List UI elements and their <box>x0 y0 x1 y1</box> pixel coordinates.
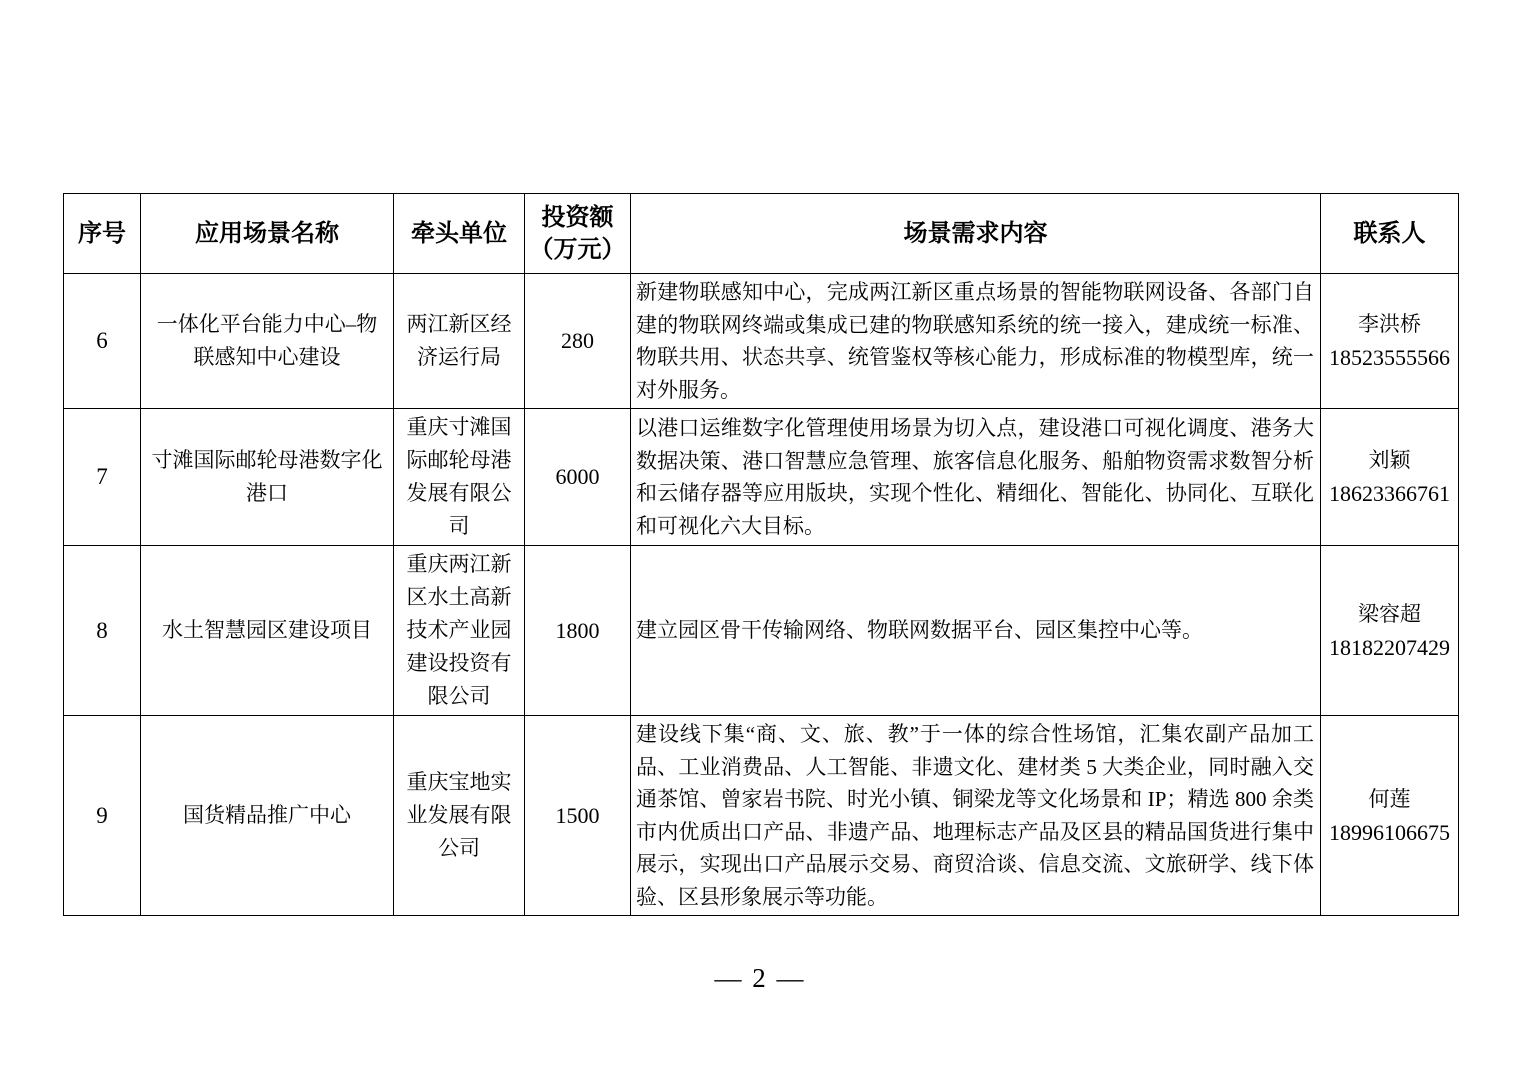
cell-investment: 1800 <box>525 546 631 716</box>
table-row-8: 8 水土智慧园区建设项目 重庆两江新区水土高新技术产业园建设投资有限公司 180… <box>64 546 1459 716</box>
table-row-7: 7 寸滩国际邮轮母港数字化港口 重庆寸滩国际邮轮母港发展有限公司 6000 以港… <box>64 409 1459 546</box>
projects-table: 序号 应用场景名称 牵头单位 投资额 （万元） 场景需求内容 联系人 6 一体化… <box>63 193 1459 916</box>
header-serial-number: 序号 <box>64 194 141 274</box>
cell-serial-number: 6 <box>64 274 141 409</box>
cell-lead-unit: 重庆寸滩国际邮轮母港发展有限公司 <box>394 409 525 546</box>
cell-scene-name: 一体化平台能力中心–物联感知中心建设 <box>141 274 394 409</box>
cell-investment: 280 <box>525 274 631 409</box>
cell-contact: 李洪桥 18523555566 <box>1321 274 1459 409</box>
cell-scene-name: 寸滩国际邮轮母港数字化港口 <box>141 409 394 546</box>
cell-serial-number: 8 <box>64 546 141 716</box>
cell-contact: 梁容超 18182207429 <box>1321 546 1459 716</box>
cell-lead-unit: 重庆宝地实业发展有限公司 <box>394 716 525 916</box>
cell-demand-content: 新建物联感知中心，完成两江新区重点场景的智能物联网设备、各部门自建的物联网终端或… <box>631 274 1321 409</box>
cell-demand-content: 建立园区骨干传输网络、物联网数据平台、园区集控中心等。 <box>631 546 1321 716</box>
contact-name: 李洪桥 <box>1321 308 1458 341</box>
contact-name: 刘颖 <box>1321 444 1458 477</box>
contact-name: 何莲 <box>1321 783 1458 816</box>
table-row-6: 6 一体化平台能力中心–物联感知中心建设 两江新区经济运行局 280 新建物联感… <box>64 274 1459 409</box>
cell-lead-unit: 两江新区经济运行局 <box>394 274 525 409</box>
cell-demand-content: 建设线下集“商、文、旅、教”于一体的综合性场馆，汇集农副产品加工品、工业消费品、… <box>631 716 1321 916</box>
cell-scene-name: 水土智慧园区建设项目 <box>141 546 394 716</box>
cell-serial-number: 7 <box>64 409 141 546</box>
cell-serial-number: 9 <box>64 716 141 916</box>
cell-investment: 6000 <box>525 409 631 546</box>
table-row-9: 9 国货精品推广中心 重庆宝地实业发展有限公司 1500 建设线下集“商、文、旅… <box>64 716 1459 916</box>
cell-contact: 何莲 18996106675 <box>1321 716 1459 916</box>
header-investment: 投资额 （万元） <box>525 194 631 274</box>
header-demand-content: 场景需求内容 <box>631 194 1321 274</box>
page-number: — 2 — <box>0 963 1520 994</box>
document-page: 序号 应用场景名称 牵头单位 投资额 （万元） 场景需求内容 联系人 6 一体化… <box>0 0 1520 1075</box>
contact-phone: 18182207429 <box>1321 631 1458 664</box>
contact-phone: 18996106675 <box>1321 816 1458 849</box>
header-scene-name: 应用场景名称 <box>141 194 394 274</box>
header-contact: 联系人 <box>1321 194 1459 274</box>
header-lead-unit: 牵头单位 <box>394 194 525 274</box>
table-header-row: 序号 应用场景名称 牵头单位 投资额 （万元） 场景需求内容 联系人 <box>64 194 1459 274</box>
cell-lead-unit: 重庆两江新区水土高新技术产业园建设投资有限公司 <box>394 546 525 716</box>
contact-name: 梁容超 <box>1321 598 1458 631</box>
cell-contact: 刘颖 18623366761 <box>1321 409 1459 546</box>
contact-phone: 18523555566 <box>1321 341 1458 374</box>
cell-scene-name: 国货精品推广中心 <box>141 716 394 916</box>
contact-phone: 18623366761 <box>1321 477 1458 510</box>
cell-demand-content: 以港口运维数字化管理使用场景为切入点，建设港口可视化调度、港务大数据决策、港口智… <box>631 409 1321 546</box>
cell-investment: 1500 <box>525 716 631 916</box>
